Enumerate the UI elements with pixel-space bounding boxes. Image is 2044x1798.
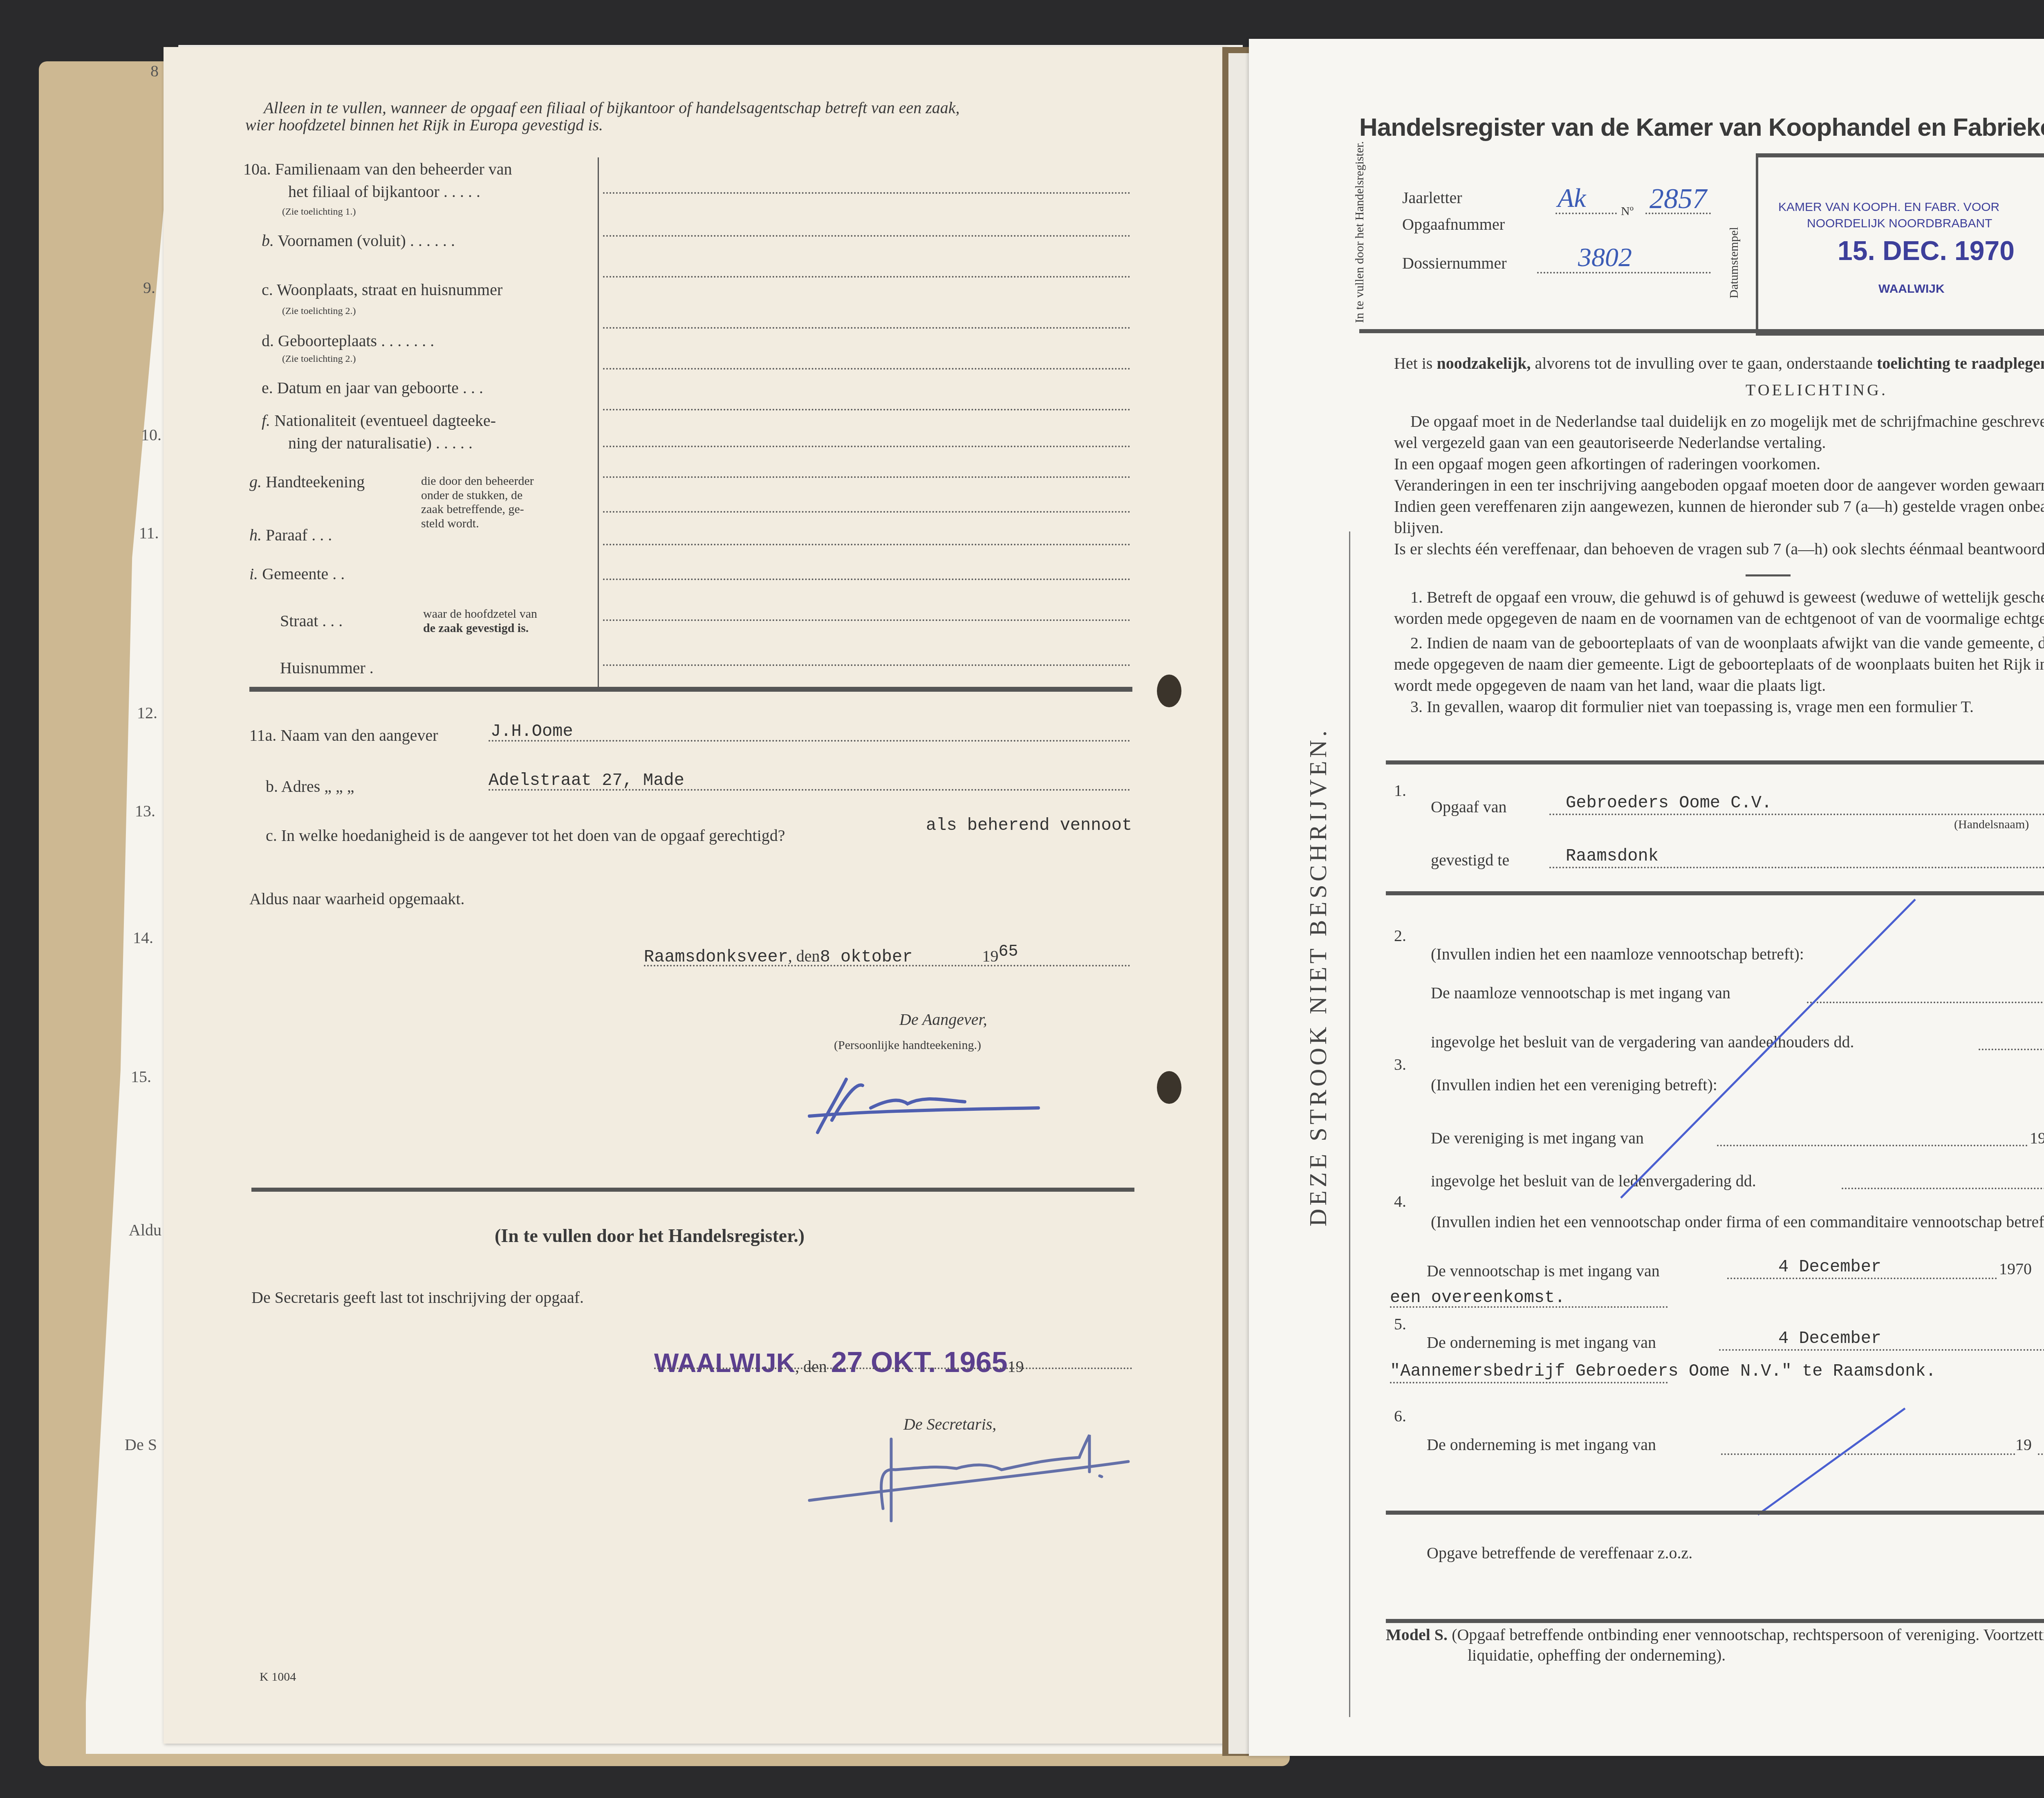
secretaris-signature — [801, 1431, 1153, 1525]
s5-date-value[interactable]: 4 December — [1778, 1329, 1881, 1348]
q10h-field[interactable] — [603, 476, 1130, 478]
intro-text: wier hoofdzetel binnen het Rijk in Europ… — [245, 115, 603, 135]
opgaafnummer-value[interactable]: 2857 — [1650, 182, 1707, 216]
s1-gevestigd-label: gevestigd te — [1431, 850, 1509, 870]
s4-number: 4. — [1394, 1192, 1406, 1211]
s5-number: 5. — [1394, 1314, 1406, 1334]
q10i-extra-field[interactable] — [603, 664, 1130, 666]
opgaafnummer-line — [1645, 213, 1711, 214]
number-sign: Nº — [1621, 204, 1634, 218]
notice-text: Het is noodzakelijk, alvorens tot de inv… — [1394, 354, 2044, 373]
toelichting-notes: 1. Betreft de opgaaf een vrouw, die gehu… — [1394, 587, 2044, 717]
s6-number: 6. — [1394, 1406, 1406, 1426]
register-stamp-line: WAALWIJK, den 27 OKT. 196519 — [654, 1345, 1024, 1379]
section-divider — [1386, 1511, 2044, 1515]
q10a-field[interactable] — [603, 192, 1130, 194]
s4-line1: De vennootschap is met ingang van — [1427, 1261, 1660, 1281]
s1-handelsnaam-note: (Handelsnaam) — [1954, 818, 2029, 832]
margin-number: 8 — [150, 61, 159, 81]
q10f-label: f. Nationaliteit (eventueel dagteeke- — [262, 411, 496, 430]
s4-reason-line — [1390, 1306, 1668, 1308]
punch-hole — [1157, 1071, 1181, 1104]
s2-number: 2. — [1394, 926, 1406, 946]
q11a-field — [489, 740, 1130, 742]
aangever-note: (Persoonlijke handteekening.) — [834, 1038, 981, 1052]
s1-opgaaf-label: Opgaaf van — [1431, 797, 1506, 817]
s4-date-line — [1727, 1278, 1997, 1279]
q10e-label: e. Datum en jaar van geboorte . . . — [262, 378, 483, 398]
margin-fragment: Aldu — [129, 1220, 161, 1240]
aangever-title: De Aangever, — [899, 1010, 987, 1029]
q10c-note: (Zie toelichting 2.) — [282, 306, 356, 317]
q11c-value[interactable]: als beherend vennoot — [926, 816, 1132, 835]
dossiernummer-line — [1537, 272, 1711, 274]
section-divider — [1359, 329, 2044, 333]
q10g-label: g. Handteekening — [249, 472, 365, 492]
q10i-straat-field[interactable] — [603, 578, 1130, 580]
stamp-date: 15. DEC. 1970 — [1838, 235, 2015, 266]
q11c-label: c. In welke hoedanigheid is de aangever … — [266, 826, 785, 845]
datumstempel-label: Datumstempel — [1727, 227, 1741, 298]
s3-line1: De vereniging is met ingang van — [1431, 1128, 1644, 1148]
s6-nineteen: 19 — [2015, 1435, 2032, 1455]
margin-number: 11. — [139, 523, 159, 543]
q10a-note: (Zie toelichting 1.) — [282, 206, 356, 217]
punch-hole — [1157, 675, 1181, 707]
q10d-field[interactable] — [603, 327, 1130, 329]
s1-opgaaf-line — [1549, 814, 2044, 815]
s2-dd-line[interactable] — [1979, 1049, 2044, 1050]
s3-nineteen: 19 — [2030, 1128, 2044, 1148]
s4-date-value[interactable]: 4 December — [1778, 1257, 1881, 1277]
s3-number: 3. — [1394, 1055, 1406, 1074]
s5-successor-value[interactable]: "Aannemersbedrijf Gebroeders Oome N.V." … — [1390, 1361, 1936, 1381]
register-title: Handelsregister van de Kamer van Koophan… — [1359, 112, 2044, 143]
toelichting-heading: TOELICHTING. — [1746, 380, 1888, 400]
i-brace-note: waar de hoofdzetel van de zaak gevestigd… — [423, 607, 537, 635]
q10a-label: 10a. Familienaam van den beheerder van — [243, 159, 512, 179]
section-divider — [1386, 1619, 2044, 1623]
q10h-label: h. Paraaf . . . — [249, 525, 332, 545]
s4-heading: (Invullen indien het een vennootschap on… — [1431, 1212, 2044, 1232]
stamp-line2: NOORDELIJK NOORDBRABANT — [1807, 217, 1992, 231]
s5-line1: De onderneming is met ingang van — [1427, 1333, 1656, 1352]
q10e-field[interactable] — [603, 368, 1130, 370]
q10f-label-cont: ning der naturalisatie) . . . . . — [288, 433, 473, 453]
q10b-field[interactable] — [603, 235, 1130, 237]
s1-gevestigd-line — [1549, 867, 2044, 868]
model-note-cont: liquidatie, opheffing der onderneming). — [1468, 1646, 1726, 1665]
model-note: Model S. (Opgaaf betreffende ontbinding … — [1386, 1625, 2044, 1645]
margin-strip-line — [1349, 531, 1350, 1717]
section-divider — [251, 1188, 1134, 1192]
opgaafnummer-label: Opgaafnummer — [1402, 215, 1505, 234]
q10c-label: c. Woonplaats, straat en huisnummer — [262, 280, 502, 300]
vertical-register-label: In te vullen door het Handelsregister. — [1353, 141, 1366, 323]
s5-date-line — [1719, 1349, 2044, 1351]
q10g-field[interactable] — [603, 446, 1130, 447]
vereffenaar-note: Opgave betreffende de vereffenaar z.o.z. — [1427, 1543, 1692, 1563]
dossiernummer-label: Dossiernummer — [1402, 253, 1507, 273]
aldus-text: Aldus naar waarheid opgemaakt. — [249, 889, 464, 909]
huisnummer-label: Huisnummer . — [280, 658, 374, 678]
s5-successor-line — [1390, 1382, 1668, 1383]
straat-label: Straat . . . — [280, 611, 343, 631]
section-divider — [1386, 891, 2044, 895]
q11b-value[interactable]: Adelstraat 27, Made — [489, 771, 684, 790]
q10i-huisnummer-field[interactable] — [603, 619, 1130, 621]
q10d-label: d. Geboorteplaats . . . . . . . — [262, 331, 434, 351]
do-not-write-strip: DEZE STROOK NIET BESCHRIJVEN. — [1304, 727, 1332, 1226]
q11b-label: b. Adres „ „ „ — [266, 777, 354, 796]
secretaris-instruction: De Secretaris geeft last tot inschrijvin… — [251, 1288, 584, 1307]
form-code: K 1004 — [260, 1670, 296, 1684]
register-heading: (In te vullen door het Handelsregister.) — [495, 1224, 805, 1247]
margin-number: 13. — [135, 801, 155, 821]
stamp-city: WAALWIJK — [1878, 282, 1945, 296]
q10d-note: (Zie toelichting 2.) — [282, 354, 356, 365]
margin-fragment: De S — [125, 1435, 157, 1454]
q10i-gemeente-field[interactable] — [603, 544, 1130, 545]
s4-reason-value[interactable]: een overeenkomst. — [1390, 1288, 1565, 1307]
column-divider — [598, 157, 599, 691]
jaarletter-value[interactable]: Ak — [1558, 182, 1586, 214]
section-divider — [249, 687, 1132, 692]
jaarletter-label: Jaarletter — [1402, 188, 1462, 208]
s6-year-line[interactable] — [2038, 1453, 2044, 1455]
margin-number: 14. — [133, 928, 153, 947]
strike-through-mark — [1615, 895, 1921, 1202]
s1-gevestigd-value[interactable]: Raamsdonk — [1566, 846, 1659, 866]
q10a-label-cont: het filiaal of bijkantoor . . . . . — [288, 182, 480, 202]
s1-number: 1. — [1394, 781, 1406, 800]
q10b-label: b. Voornamen (voluit) . . . . . . — [262, 231, 455, 251]
gh-brace-note: die door den beheerder onder de stukken,… — [421, 474, 534, 531]
q10i-label: i. Gemeente . . — [249, 564, 345, 584]
margin-number: 12. — [137, 703, 157, 722]
section-divider — [1386, 760, 2044, 764]
dossiernummer-value[interactable]: 3802 — [1578, 241, 1632, 274]
stamp-line1: KAMER VAN KOOPH. EN FABR. VOOR — [1778, 200, 1999, 214]
q11b-field — [489, 789, 1130, 791]
strike-through-mark — [1754, 1406, 1909, 1517]
margin-number: 15. — [131, 1067, 151, 1086]
intro-text: Alleen in te vullen, wanneer de opgaaf e… — [264, 98, 960, 118]
margin-number: 10. — [141, 425, 161, 444]
register-date-line — [654, 1368, 1132, 1369]
signing-line — [644, 965, 1130, 966]
binding-pages — [1228, 53, 1251, 1754]
q10f-field[interactable] — [603, 409, 1130, 410]
jaarletter-line — [1555, 213, 1617, 214]
aangever-signature — [793, 1071, 1071, 1137]
s1-opgaaf-value[interactable]: Gebroeders Oome C.V. — [1566, 793, 1772, 813]
signing-place-date: Raamsdonksveer, den8 oktober1965 — [644, 942, 1018, 968]
short-divider — [1746, 574, 1791, 576]
q10i-field[interactable] — [603, 511, 1130, 513]
q10c-field[interactable] — [603, 276, 1130, 278]
margin-number: 9. — [143, 278, 155, 297]
toelichting-body: De opgaaf moet in de Nederlandse taal du… — [1394, 411, 2044, 560]
s4-year[interactable]: 1970 — [1999, 1259, 2032, 1279]
q11a-value[interactable]: J.H.Oome — [491, 722, 573, 741]
q11a-label: 11a. Naam van den aangever — [249, 726, 438, 745]
s6-line1: De onderneming is met ingang van — [1427, 1435, 1656, 1455]
